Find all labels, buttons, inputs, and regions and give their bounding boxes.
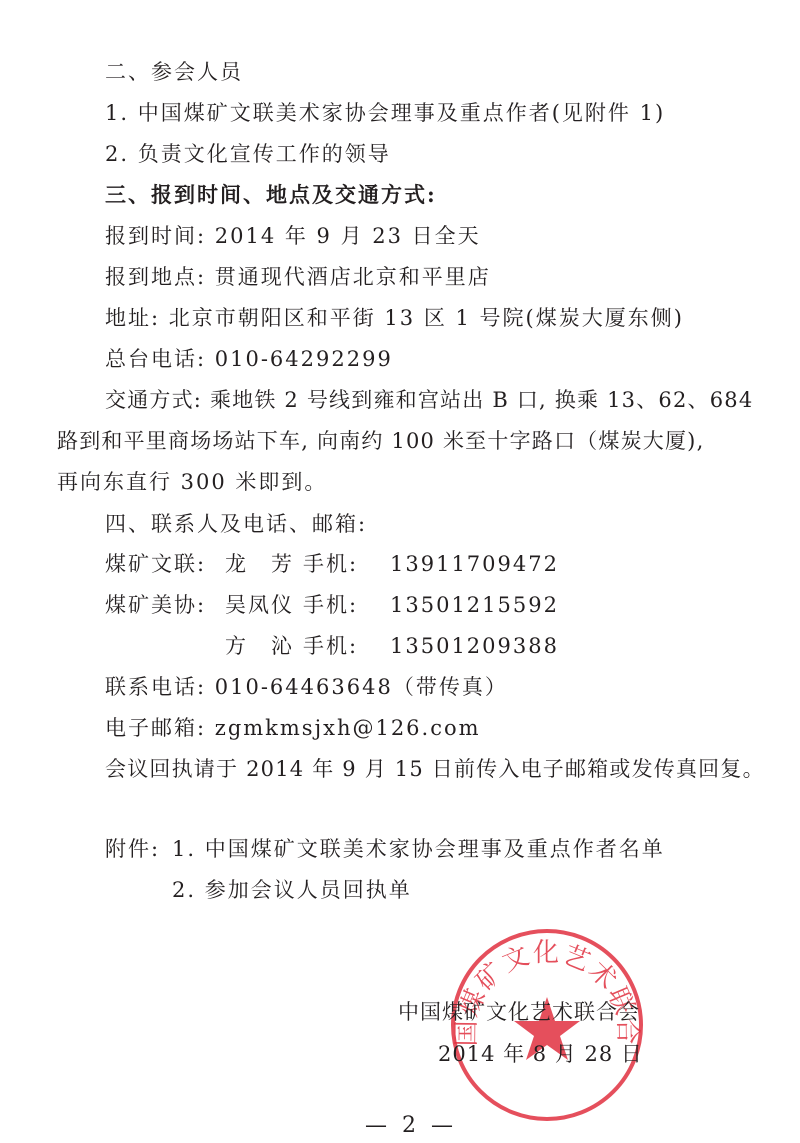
contact-row: 煤矿美协: 吴凤仪 手机: 13501215592 xyxy=(105,591,705,619)
contact-phone-label: 手机: xyxy=(303,632,358,660)
transport-line-3: 再向东直行 300 米即到。 xyxy=(57,468,327,496)
contact-phone-label: 手机: xyxy=(303,550,358,578)
section4-heading: 四、联系人及电话、邮箱: xyxy=(105,510,367,538)
section2-item-2: 2. 负责文化宣传工作的领导 xyxy=(105,140,391,168)
contact-phone-fax: 联系电话: 010-64463648（带传真） xyxy=(105,673,508,701)
section2-heading: 二、参会人员 xyxy=(105,58,243,86)
signature-date: 2014 年 8 月 28 日 xyxy=(438,1040,643,1068)
section3-heading: 三、报到时间、地点及交通方式: xyxy=(105,181,437,209)
page-number: — 2 — xyxy=(365,1112,457,1140)
contact-phone: 13501209388 xyxy=(390,632,559,660)
front-desk-phone: 总台电话: 010-64292299 xyxy=(105,345,393,373)
section2-item-1: 1. 中国煤矿文联美术家协会理事及重点作者(见附件 1) xyxy=(105,99,665,127)
contact-name: 吴凤仪 xyxy=(225,591,294,619)
contact-name: 方 沁 xyxy=(225,632,294,660)
email: 电子邮箱: zgmkmsjxh@126.com xyxy=(105,714,481,742)
signature-org: 中国煤矿文化艺术联合会 xyxy=(398,998,640,1026)
contact-org: 煤矿文联: xyxy=(105,550,206,578)
contact-row: 煤矿文联: 龙 芳 手机: 13911709472 xyxy=(105,550,705,578)
contact-phone: 13501215592 xyxy=(390,591,559,619)
contact-phone: 13911709472 xyxy=(390,550,559,578)
report-place: 报到地点: 贯通现代酒店北京和平里店 xyxy=(105,263,491,291)
contact-row: 方 沁 手机: 13501209388 xyxy=(105,632,705,660)
contact-org: 煤矿美协: xyxy=(105,591,206,619)
transport-line-2: 路到和平里商场场站下车, 向南约 100 米至十字路口（煤炭大厦), xyxy=(57,427,704,455)
report-time: 报到时间: 2014 年 9 月 23 日全天 xyxy=(105,222,481,250)
reply-note: 会议回执请于 2014 年 9 月 15 日前传入电子邮箱或发传真回复。 xyxy=(105,755,765,783)
attachment-item-2: 2. 参加会议人员回执单 xyxy=(172,876,412,904)
contact-phone-label: 手机: xyxy=(303,591,358,619)
attachment-item-1: 1. 中国煤矿文联美术家协会理事及重点作者名单 xyxy=(172,835,665,863)
attachments-label: 附件: xyxy=(105,835,160,863)
contact-name: 龙 芳 xyxy=(225,550,294,578)
transport-line-1: 交通方式: 乘地铁 2 号线到雍和宫站出 B 口, 换乘 13、62、684 xyxy=(105,386,753,414)
address: 地址: 北京市朝阳区和平街 13 区 1 号院(煤炭大厦东侧) xyxy=(105,304,684,332)
